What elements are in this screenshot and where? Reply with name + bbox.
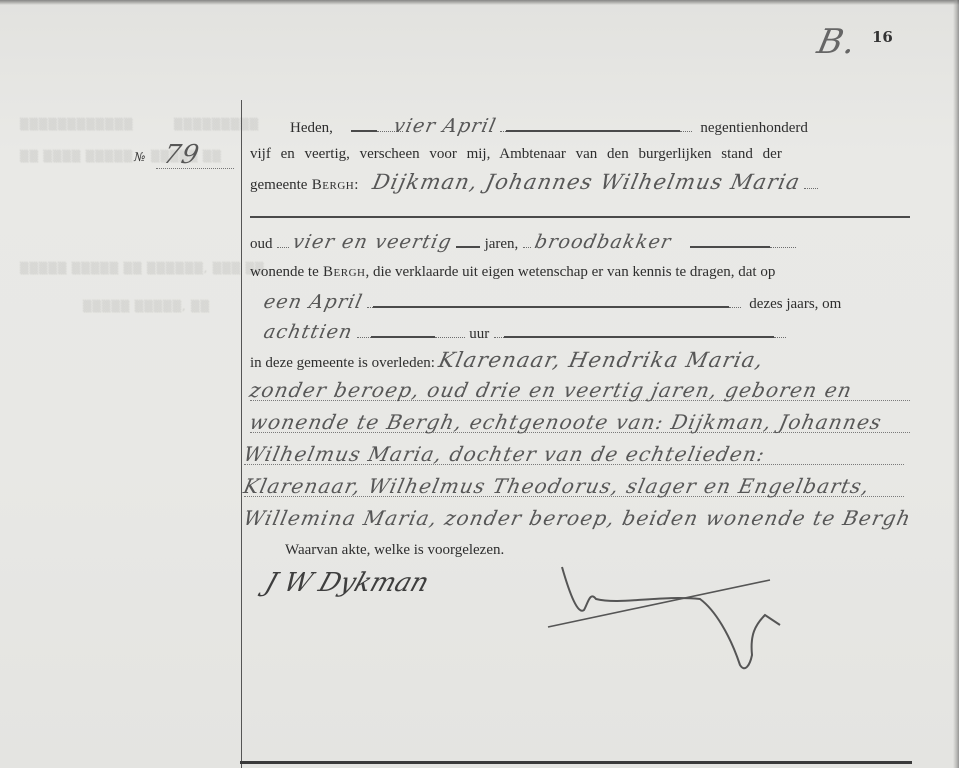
deceased-details-hand: zonder beroep, oud drie en veertig jaren…: [247, 376, 855, 404]
fill-dash: [373, 289, 729, 308]
line-declarant-age-occupation: oud vier en veertig jaren, broodbakker: [250, 228, 910, 256]
printed-dezes-jaars-om: dezes jaars, om: [749, 296, 841, 312]
fill-dots: [277, 229, 289, 248]
line-residence-statement: wonende te Bergh, die verklaarde uit eig…: [250, 258, 910, 286]
fill-dots: [774, 319, 786, 338]
line-hour-of-death: achttien uur: [250, 318, 910, 346]
printed-verklaarde: , die verklaarde uit eigen wetenschap er…: [365, 264, 775, 280]
line-deceased-details-4: Klarenaar, Wilhelmus Theodorus, slager e…: [244, 472, 904, 497]
bleed-through-text: ▒▒▒▒▒▒▒▒▒▒▒▒ ▒▒▒▒▒▒▒▒▒: [20, 118, 259, 131]
fill-dots: [494, 319, 504, 338]
line-deceased-details-5: Willemina Maria, zonder beroep, beiden w…: [244, 504, 904, 528]
deceased-father-hand: Klarenaar, Wilhelmus Theodorus, slager e…: [241, 472, 873, 500]
fill-dots: [435, 319, 465, 338]
fill-dots: [804, 170, 818, 189]
printed-place-bergh: Bergh: [312, 177, 354, 193]
deceased-parents-intro-hand: Wilhelmus Maria, dochter van de echtelie…: [241, 440, 768, 468]
printed-gemeente: gemeente: [250, 177, 307, 193]
line-official-statement: vijf en veertig, verscheen voor mij, Amb…: [250, 140, 910, 168]
printed-place-bergh: Bergh: [323, 264, 365, 280]
declarant-signature: J W Dykman: [261, 568, 433, 598]
fill-dash: [504, 319, 774, 338]
printed-heden: Heden,: [290, 120, 333, 136]
numero-sign: №: [134, 150, 145, 164]
fill-dash: [690, 229, 770, 248]
fill-dots: [680, 113, 692, 132]
printed-wonende-te: wonende te: [250, 264, 319, 280]
line-deceased-details-1: zonder beroep, oud drie en veertig jaren…: [250, 376, 910, 401]
line-deceased-details-2: wonende te Bergh, echtgenoote van: Dijkm…: [250, 408, 910, 433]
bottom-rule: [240, 761, 912, 764]
declaration-date-hand: vier April: [391, 112, 499, 140]
declarant-age-hand: vier en veertig: [290, 228, 455, 256]
printed-colon: :: [354, 177, 358, 193]
deceased-mother-hand: Willemina Maria, zonder beroep, beiden w…: [241, 504, 914, 532]
death-hour-hand: achttien: [261, 318, 356, 346]
fill-dots: [729, 289, 741, 308]
fill-dash: [456, 229, 480, 248]
register-number: № 79: [134, 140, 234, 174]
printed-jaren: jaren,: [485, 236, 519, 252]
line-deceased-details-3: Wilhelmus Maria, dochter van de echtelie…: [244, 440, 904, 465]
declarant-name-hand: Dijkman, Johannes Wilhelmus Maria: [370, 168, 803, 196]
fill-dash: [371, 319, 435, 338]
fill-dash: [506, 113, 680, 132]
page-edge-shadow-top: [0, 0, 959, 5]
death-date-hand: een April: [261, 288, 366, 316]
official-signature: [540, 555, 860, 675]
printed-overleden: in deze gemeente is overleden:: [250, 355, 435, 371]
blank-fill-rule: [250, 216, 910, 218]
fill-dots: [770, 229, 796, 248]
register-number-value: 79: [161, 140, 203, 170]
deceased-spouse-hand: wonende te Bergh, echtgenoote van: Dijkm…: [247, 408, 885, 436]
page-mark-handwritten: B.: [814, 22, 861, 62]
printed-negentienhonderd: negentienhonderd: [700, 120, 807, 136]
declarant-occupation-hand: broodbakker: [532, 228, 674, 256]
printed-oud: oud: [250, 236, 273, 252]
line-date-of-death: een April dezes jaars, om: [250, 288, 910, 316]
page-edge-shadow-right: [953, 0, 959, 768]
register-page: ▒▒▒▒▒▒▒▒▒▒▒▒ ▒▒▒▒▒▒▒▒▒ ▒▒ ▒▒▒▒ ▒▒▒▒▒ ▒▒▒…: [0, 0, 959, 768]
fill-dots: [523, 229, 531, 248]
printed-uur: uur: [469, 326, 489, 342]
margin-rule: [241, 100, 242, 768]
bleed-through-text: ▒▒▒▒▒ ▒▒▒▒▒ ▒▒ ▒▒▒▒▒▒, ▒▒▒ ▒▒: [20, 262, 265, 275]
fill-dots: [357, 319, 371, 338]
bleed-through-text: ▒▒▒▒▒ ▒▒▒▒▒, ▒▒: [20, 300, 210, 313]
fill-dash: [351, 113, 377, 132]
page-number: 16: [872, 28, 893, 46]
deceased-name-hand: Klarenaar, Hendrika Maria,: [436, 346, 767, 374]
line-date-of-declaration: Heden, vier April negentienhonderd: [250, 112, 910, 140]
line-deceased: in deze gemeente is overleden: Klarenaar…: [250, 346, 910, 374]
line-declarant: gemeente Bergh: Dijkman, Johannes Wilhel…: [250, 168, 910, 196]
